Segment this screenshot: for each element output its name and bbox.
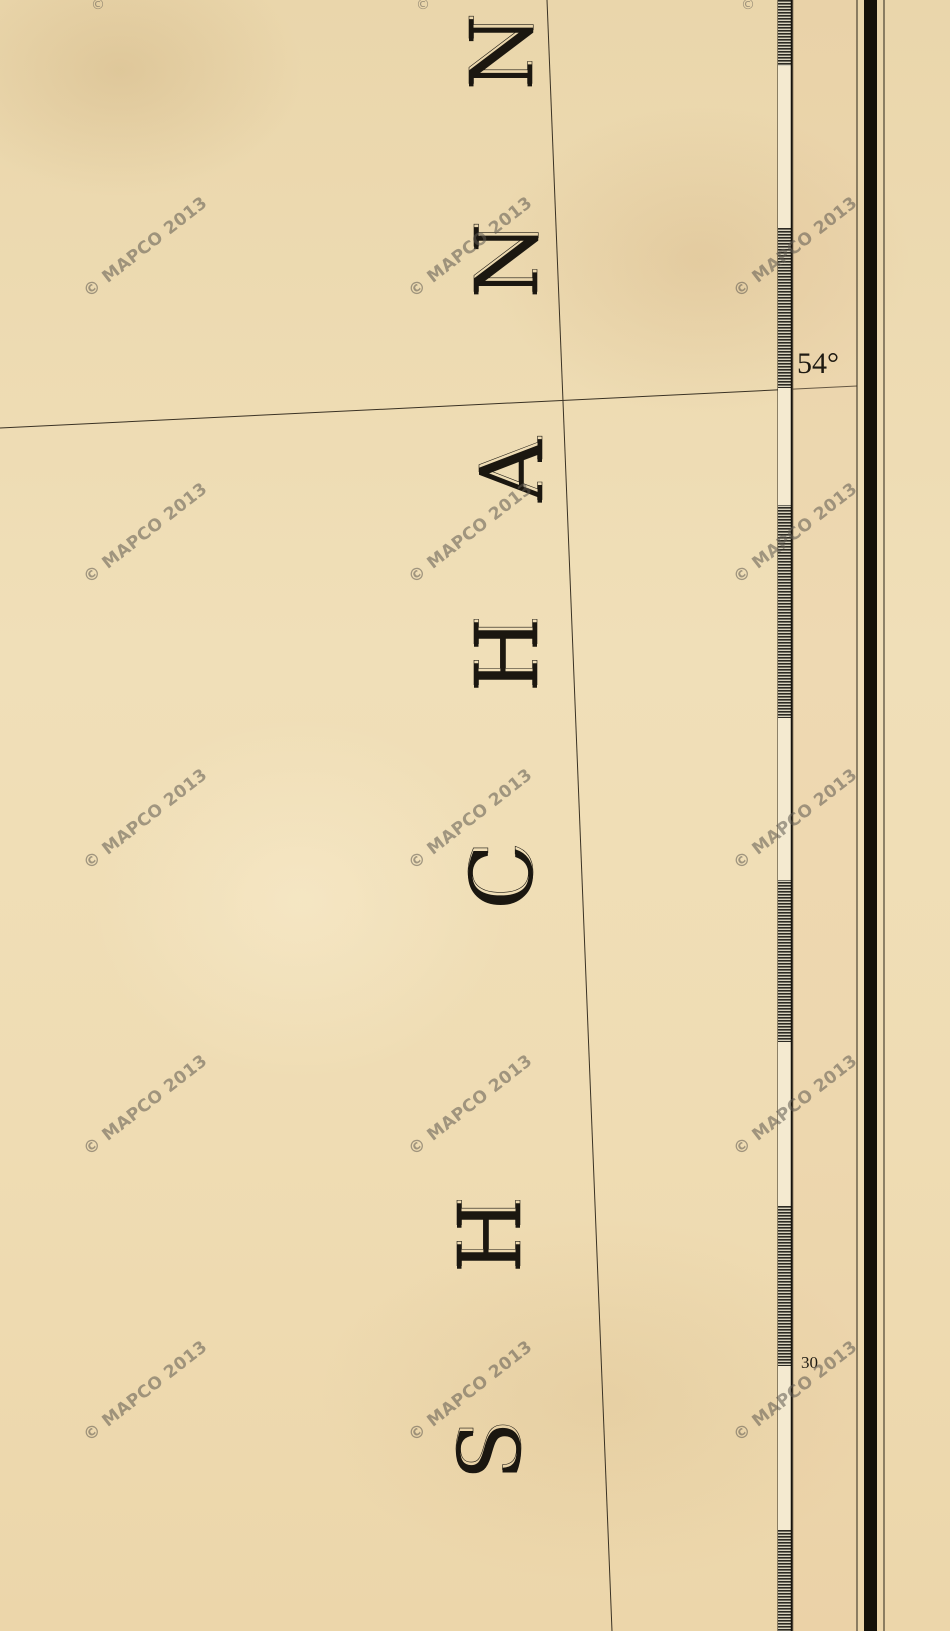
title-letter-4: H [465,612,545,692]
latitude-label: 54° [797,347,839,381]
title-letter-3: C [460,834,540,914]
title-letter-2: H [448,1193,528,1273]
border-thick-rule [864,0,877,1631]
copyright-icon: © [91,0,105,13]
copyright-icon: © [416,0,430,13]
title-letter-7: N [460,10,540,90]
title-letter-1: S [448,1408,528,1488]
copyright-icon: © [741,0,755,13]
parallel-line [0,386,857,428]
